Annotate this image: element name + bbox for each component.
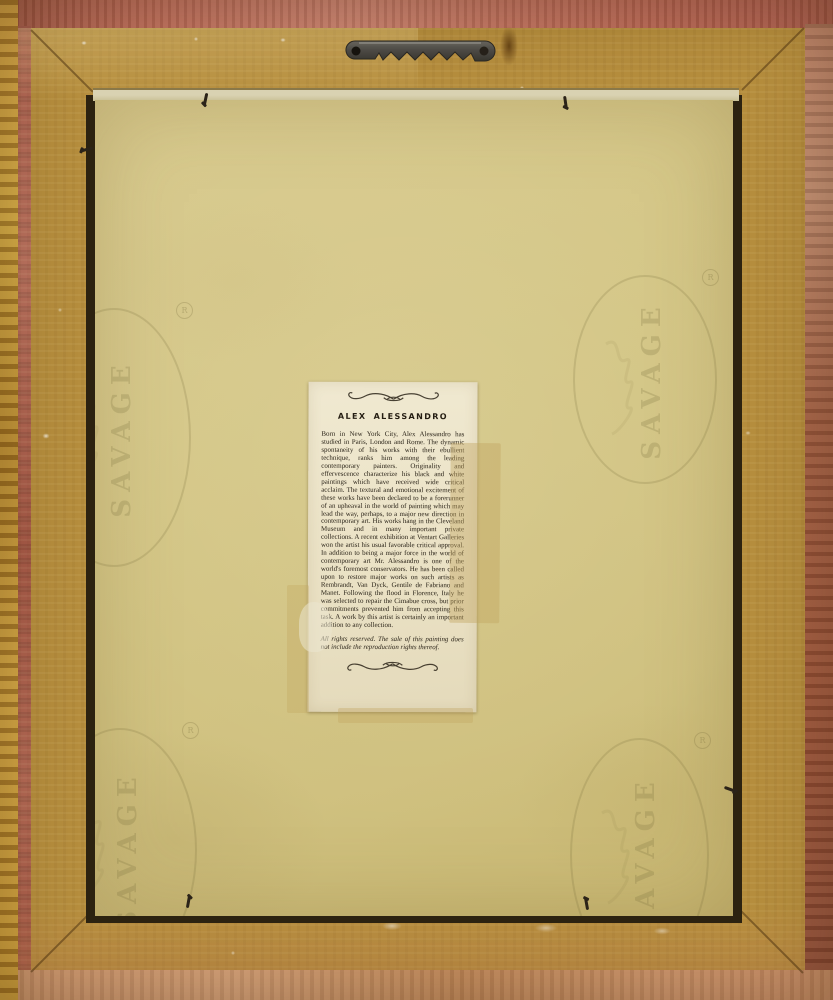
frame-gold-leaf-edge bbox=[0, 0, 18, 1000]
miter-joint-top-right bbox=[741, 27, 805, 91]
savage-watermark-lower-right: SAVAGE R bbox=[570, 738, 709, 916]
watermark-text: SAVAGE bbox=[113, 770, 143, 916]
artist-biography-text: Born in New York City, Alex Alessandro h… bbox=[321, 431, 465, 630]
registered-trademark-icon: R bbox=[176, 302, 193, 319]
picture-frame-back: SAVAGE R SAVAGE R SAVAGE R SAVAGE R bbox=[0, 0, 833, 1000]
watermark-text: SAVAGE bbox=[631, 775, 661, 916]
artist-name-heading: ALEX ALESSANDRO bbox=[321, 412, 464, 421]
stain bbox=[500, 26, 518, 66]
watermark-text: SAVAGE bbox=[107, 358, 137, 517]
watermark-text: SAVAGE bbox=[637, 300, 667, 459]
watermark-figure bbox=[95, 371, 103, 491]
rights-reserved-text: All rights reserved. The sale of this pa… bbox=[321, 636, 464, 652]
watermark-figure bbox=[592, 326, 638, 446]
backing-board: SAVAGE R SAVAGE R SAVAGE R SAVAGE R bbox=[95, 100, 733, 916]
watermark-figure bbox=[588, 795, 634, 915]
tape-remnant-right bbox=[449, 443, 501, 623]
flourish-ornament-top bbox=[341, 391, 445, 406]
paper-remnant-patch bbox=[299, 602, 332, 652]
registered-trademark-icon: R bbox=[182, 722, 199, 739]
savage-watermark-lower-left: SAVAGE R bbox=[95, 728, 197, 916]
frame-outer-edge-right bbox=[805, 24, 833, 972]
savage-watermark-upper-left: SAVAGE R bbox=[95, 308, 191, 567]
frame-outer-edge-bottom bbox=[0, 970, 833, 1000]
frame-outer-edge-left bbox=[18, 26, 31, 970]
registered-trademark-icon: R bbox=[694, 732, 711, 749]
watermark-figure bbox=[95, 788, 109, 908]
tape-remnant-bottom bbox=[338, 708, 473, 723]
frame-outer-edge-top bbox=[0, 0, 833, 28]
savage-watermark-upper-right: SAVAGE R bbox=[573, 275, 717, 484]
sawtooth-hanger bbox=[341, 38, 499, 64]
flourish-ornament-bottom bbox=[340, 656, 444, 671]
registered-trademark-icon: R bbox=[702, 269, 719, 286]
